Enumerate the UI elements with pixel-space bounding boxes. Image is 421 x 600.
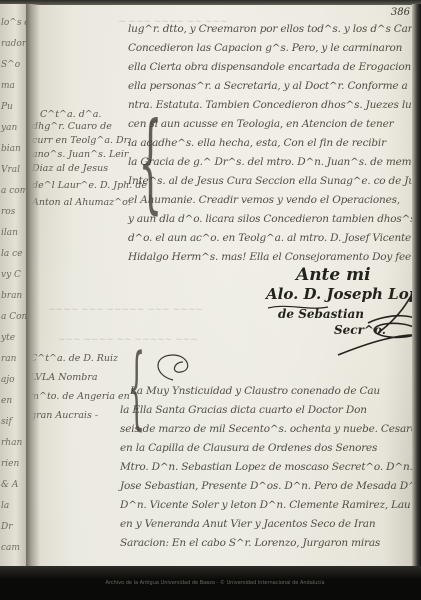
folio-number: 386 bbox=[391, 7, 410, 18]
text-line: Hidalgo Herm^s. mas! Ella el Consejorame… bbox=[128, 251, 414, 263]
text-line: en y Veneranda Anut Vier y Jacentos Seco… bbox=[120, 518, 375, 530]
gutter-text-fragment: la bbox=[1, 501, 9, 511]
text-line: Mtro. D^n. Sebastian Lopez de moscaso Se… bbox=[120, 461, 414, 473]
gutter-text-fragment: vy C bbox=[1, 270, 21, 280]
text-line: ntra. Estatuta. Tambien Concedieron dhos… bbox=[128, 99, 412, 111]
gutter-text-fragment: ilan bbox=[1, 228, 18, 238]
gutter-text-fragment: sif bbox=[1, 417, 12, 427]
text-line: en la Capilla de Clausura de Ordenes dos… bbox=[120, 442, 377, 454]
margin-line: gran Aucrais - bbox=[30, 410, 98, 421]
text-line: Concedieron las Capacion g^s. Pero, y le… bbox=[128, 42, 402, 54]
text-line: Jose Sebastian, Presente D^os. D^n. Pero… bbox=[120, 480, 414, 492]
text-line: el Ahumanie. Creadir vemos y vendo el Op… bbox=[128, 194, 400, 206]
text-line: Inte^s. al de Jesus Cura Seccion ella Su… bbox=[128, 175, 414, 187]
gutter-text-fragment: Pu bbox=[1, 102, 13, 112]
margin-line: curr en Teolg^a. Dr. bbox=[32, 135, 130, 146]
gutter-text-fragment: & A bbox=[1, 480, 18, 490]
margin-line: ano^s. Juan^s. Leir bbox=[32, 149, 128, 160]
gutter-text-fragment: Vral bbox=[1, 165, 20, 175]
margin-line: de^l Laur^e. D. Jph. de bbox=[32, 180, 147, 191]
margin-line: m^to. de Angeria en bbox=[30, 391, 130, 402]
manuscript-page: 386 ~ ~~~ ~~~~ ~~ ~~~ ~~~~ ~~~ ~~~~~ ~~~… bbox=[28, 5, 414, 573]
gutter-text-fragment: a com bbox=[1, 186, 28, 196]
margin-line: Anton al Ahumaz^o. bbox=[32, 197, 131, 208]
gutter-text-fragment: S^o bbox=[1, 60, 20, 70]
gutter-text-fragment: cam bbox=[1, 543, 20, 553]
margin-line: dhg^r. Cuaro de bbox=[32, 121, 112, 132]
gutter-text-fragment: bran bbox=[1, 291, 22, 301]
text-line: la acadhe^s. ella hecha, esta, Con el fi… bbox=[128, 137, 386, 149]
text-line: cen si aun acusse en Teologia, en Atenci… bbox=[128, 118, 393, 130]
notary-signature: Ante mi Alo. D. Joseph Lopez de Sebastia… bbox=[268, 263, 414, 358]
gutter-text-fragment: rador bbox=[1, 39, 26, 49]
gutter-text-fragment: ajo bbox=[1, 375, 15, 385]
text-line: Saracion: En el cabo S^r. Lorenzo, Jurga… bbox=[120, 537, 380, 549]
margin-line: C^t^a. d^a. bbox=[40, 109, 101, 120]
gutter-text-fragment: yan bbox=[1, 123, 17, 133]
binding-shadow bbox=[26, 4, 40, 570]
text-line: ella Cierta obra dispensandole encartada… bbox=[128, 61, 411, 73]
margin-line: Diaz al de Jesus bbox=[32, 163, 108, 174]
facing-page-gutter: lo^s d^oradorS^omaPuyanbianVrala comrosi… bbox=[0, 4, 28, 570]
gutter-text-fragment: yte bbox=[1, 333, 15, 343]
gutter-text-fragment: ma bbox=[1, 81, 15, 91]
gutter-text-fragment: ran bbox=[1, 354, 16, 364]
text-line: la Ella Santa Gracias dicta cuarto el Do… bbox=[120, 404, 367, 416]
text-line: seis de marzo de mil Secento^s. ochenta … bbox=[120, 423, 414, 435]
text-line: la Gracia de g.^ Dr^s. del mtro. D^n. Ju… bbox=[128, 156, 414, 168]
text-line: La Muy Ynsticuidad y Claustro conenado d… bbox=[130, 385, 380, 397]
gutter-text-fragment: en bbox=[1, 396, 12, 406]
gutter-text-fragment: ros bbox=[1, 207, 15, 217]
signature-flourish-icon bbox=[268, 263, 414, 358]
text-line: d^o. el aun ac^o. en Teolg^a. al mtro. D… bbox=[128, 232, 411, 244]
curly-brace-icon: { bbox=[138, 109, 162, 217]
margin-line: LVLA Nombra bbox=[30, 372, 98, 383]
gutter-text-fragment: la ce bbox=[1, 249, 22, 259]
gutter-text-fragment: rien bbox=[1, 459, 19, 469]
text-line: D^n. Vicente Soler y leton D^n. Clemente… bbox=[120, 499, 411, 511]
gutter-text-fragment: a Con bbox=[1, 312, 27, 322]
text-line: lug^r. dtto, y Creemaron por ellos tod^s… bbox=[128, 23, 414, 35]
gutter-text-fragment: Dr bbox=[1, 522, 13, 532]
ink-bleed: ~~~~ ~~~ ~~~~~ ~~~ ~~~~ bbox=[48, 305, 203, 315]
text-line: y aun dla d^o. licara silos Concedieron … bbox=[128, 213, 414, 225]
page-right-edge bbox=[412, 4, 421, 574]
gutter-text-fragment: rhan bbox=[1, 438, 22, 448]
capital-flourish-icon bbox=[143, 350, 203, 390]
gutter-text-fragment: bian bbox=[1, 144, 21, 154]
gutter-text-fragment: lo^s d^o bbox=[1, 18, 28, 28]
archive-watermark: Archivo de la Antigua Universidad de Bae… bbox=[100, 580, 330, 586]
margin-line: C^t^a. de D. Ruiz bbox=[30, 353, 118, 364]
text-line: ella personas^r. a Secretaria, y al Doct… bbox=[128, 80, 408, 92]
